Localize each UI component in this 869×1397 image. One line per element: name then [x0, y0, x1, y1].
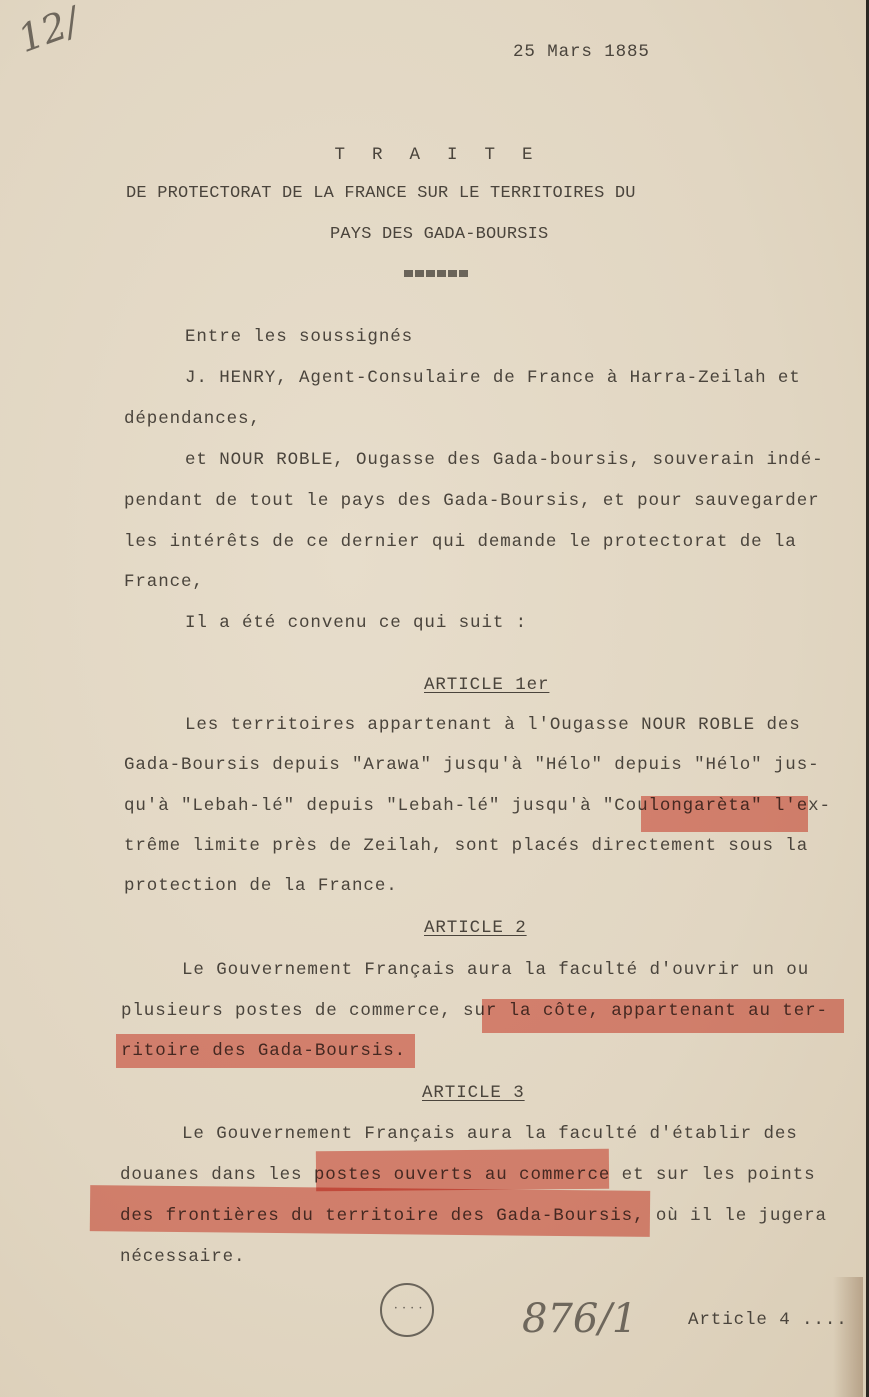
archive-stamp: • • • • — [380, 1283, 434, 1337]
article-line: trême limite près de Zeilah, sont placés… — [124, 836, 808, 856]
highlight — [316, 1149, 609, 1192]
document-subtitle-2: PAYS DES GADA-BOURSIS — [330, 225, 548, 245]
document-page: 12/ 25 Mars 1885 T R A I T E DE PROTECTO… — [0, 0, 866, 1397]
handwritten-page-mark: 12/ — [12, 0, 85, 61]
document-subtitle: DE PROTECTORAT DE LA FRANCE SUR LE TERRI… — [126, 184, 636, 204]
preamble-line: dépendances, — [124, 409, 261, 429]
article-heading: ARTICLE 2 — [424, 918, 527, 938]
handwritten-archive-number: 876/1 — [522, 1296, 637, 1342]
article-heading: ARTICLE 3 — [422, 1083, 525, 1103]
article-heading: ARTICLE 1er — [424, 675, 549, 695]
continuation-text: Article 4 .... — [688, 1310, 848, 1330]
article-line: Le Gouvernement Français aura la faculté… — [182, 1124, 798, 1144]
article-line: nécessaire. — [120, 1247, 245, 1267]
article-line: protection de la France. — [124, 876, 398, 896]
preamble-line: les intérêts de ce dernier qui demande l… — [124, 532, 797, 552]
article-line: Le Gouvernement Français aura la faculté… — [182, 960, 809, 980]
preamble-line: pendant de tout le pays des Gada-Boursis… — [124, 491, 820, 511]
article-line: Les territoires appartenant à l'Ougasse … — [185, 715, 801, 735]
highlight — [116, 1034, 415, 1068]
title-separator — [404, 270, 468, 277]
preamble-line: France, — [124, 572, 204, 592]
document-title: T R A I T E — [0, 145, 869, 165]
highlight — [90, 1185, 650, 1237]
document-date: 25 Mars 1885 — [513, 42, 650, 62]
preamble-line: Il a été convenu ce qui suit : — [185, 613, 527, 633]
highlight — [482, 999, 844, 1033]
highlight — [641, 796, 808, 832]
preamble-line: et NOUR ROBLE, Ougasse des Gada-boursis,… — [185, 450, 824, 470]
preamble-line: J. HENRY, Agent-Consulaire de France à H… — [185, 368, 801, 388]
preamble-line: Entre les soussignés — [185, 327, 413, 347]
article-line: Gada-Boursis depuis "Arawa" jusqu'à "Hél… — [124, 755, 820, 775]
paper-stain — [833, 1277, 863, 1397]
